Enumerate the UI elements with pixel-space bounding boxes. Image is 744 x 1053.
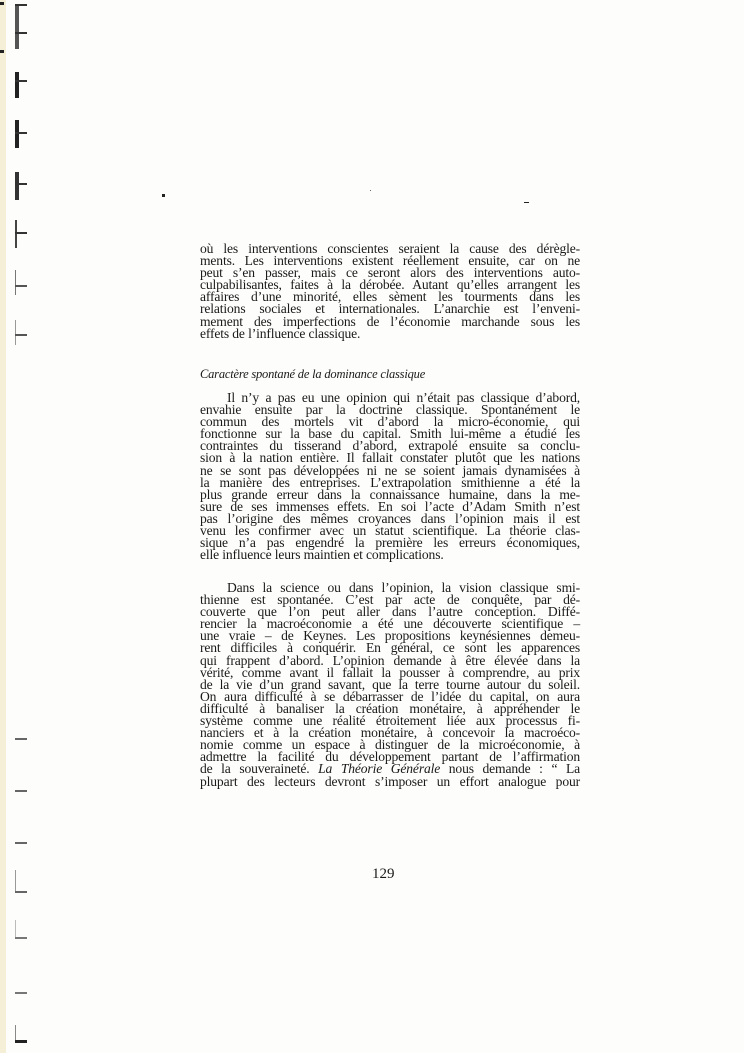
binding-hole-mark [15,735,27,740]
paragraph-2: Il n’y a pas eu une opinion qui n’était … [200,392,580,561]
scan-speck [370,190,371,191]
text-line: effets de l’influence classique. [200,328,580,340]
text-line: plupart des lecteurs devront s’imposer u… [200,776,580,788]
binding-hole-mark [15,787,27,792]
section-heading: Caractère spontané de la dominance class… [200,367,425,382]
scan-artifact [0,50,4,53]
paragraph-1: où les interventions conscientes seraien… [200,243,580,340]
binding-hole-mark [15,4,27,49]
binding-hole-mark [15,920,27,940]
binding-hole-mark [15,1025,27,1043]
binding-hole-mark [15,840,27,845]
text-line: elle influence leurs maintien et complic… [200,549,580,561]
binding-hole-mark [15,990,27,995]
binding-hole-mark [15,270,27,295]
page-number: 129 [372,866,395,883]
binding-hole-mark [15,870,27,895]
paragraph-3: Dans la science ou dans l’opinion, la vi… [200,582,580,788]
scan-speck [524,202,529,203]
binding-hole-mark [15,120,27,150]
binding-hole-mark [15,320,27,345]
binding-hole-mark [15,72,27,100]
scan-binding-edge [0,0,6,1053]
binding-hole-mark [15,220,27,250]
scan-artifact [0,2,4,5]
scan-speck [162,194,165,197]
binding-hole-mark [15,172,27,202]
